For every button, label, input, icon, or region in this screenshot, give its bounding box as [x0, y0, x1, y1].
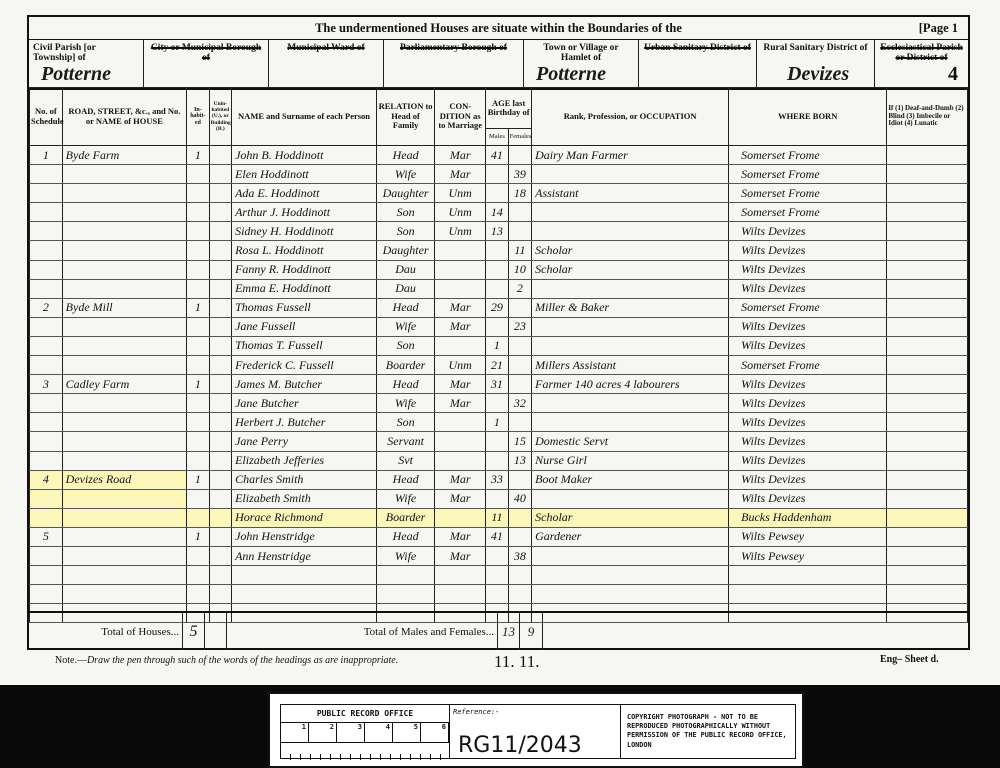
row-born: Wilts Devizes — [729, 241, 887, 260]
table-row: 2Byde Mill1Thomas FussellHeadMar29Miller… — [30, 298, 968, 317]
row-relation: Head — [377, 298, 435, 317]
row-born: Wilts Devizes — [729, 222, 887, 241]
row-condition — [435, 566, 486, 585]
row-occupation — [532, 317, 729, 336]
row-condition: Unm — [435, 203, 486, 222]
row-condition: Unm — [435, 356, 486, 375]
table-row: 4Devizes Road1Charles SmithHeadMar33Boot… — [30, 470, 968, 489]
row-born: Wilts Devizes — [729, 317, 887, 336]
row-male-age — [486, 489, 508, 508]
row-occupation: Scholar — [532, 241, 729, 260]
row-inhabited — [187, 222, 209, 241]
row-road — [62, 413, 187, 432]
table-row: Rosa L. HoddinottDaughter11ScholarWilts … — [30, 241, 968, 260]
row-occupation: Miller & Baker — [532, 298, 729, 317]
row-infirmity — [887, 298, 968, 317]
row-male-age: 11 — [486, 508, 508, 527]
row-schedule — [30, 279, 63, 298]
col-relation: RELATION to Head of Family — [377, 88, 435, 146]
row-female-age — [508, 585, 531, 604]
row-born: Somerset Frome — [729, 146, 887, 165]
totals-row: Total of Houses... 5 Total of Males and … — [29, 611, 968, 650]
row-road — [62, 184, 187, 203]
row-uninhabited — [209, 298, 231, 317]
row-female-age: 23 — [508, 317, 531, 336]
row-born: Somerset Frome — [729, 165, 887, 184]
row-schedule — [30, 508, 63, 527]
row-female-age: 11 — [508, 241, 531, 260]
row-uninhabited — [209, 356, 231, 375]
row-male-age: 13 — [486, 222, 508, 241]
row-born: Wilts Pewsey — [729, 546, 887, 565]
row-female-age — [508, 413, 531, 432]
row-road — [62, 165, 187, 184]
row-male-age: 41 — [486, 527, 508, 546]
row-relation: Boarder — [377, 508, 435, 527]
row-born: Somerset Frome — [729, 203, 887, 222]
row-infirmity — [887, 203, 968, 222]
row-condition: Mar — [435, 317, 486, 336]
row-road — [62, 203, 187, 222]
row-relation: Dau — [377, 260, 435, 279]
row-condition: Mar — [435, 527, 486, 546]
table-row — [30, 585, 968, 604]
row-male-age — [486, 585, 508, 604]
table-row: 1Byde Farm1John B. HoddinottHeadMar41Dai… — [30, 146, 968, 165]
row-relation: Head — [377, 470, 435, 489]
row-relation: Wife — [377, 165, 435, 184]
row-infirmity — [887, 165, 968, 184]
table-row: Jane ButcherWifeMar32Wilts Devizes — [30, 394, 968, 413]
row-name: Rosa L. Hoddinott — [232, 241, 377, 260]
reference-number: RG11/2043 — [458, 733, 582, 758]
row-uninhabited — [209, 375, 231, 394]
row-relation: Wife — [377, 489, 435, 508]
row-male-age: 21 — [486, 356, 508, 375]
row-name: Elen Hoddinott — [232, 165, 377, 184]
row-road: Devizes Road — [62, 470, 187, 489]
row-schedule — [30, 260, 63, 279]
row-relation: Dau — [377, 279, 435, 298]
table-row: Sidney H. HoddinottSonUnm13Wilts Devizes — [30, 222, 968, 241]
row-male-age — [486, 566, 508, 585]
col-males: Males — [486, 129, 508, 146]
table-row: Arthur J. HoddinottSonUnm14Somerset From… — [30, 203, 968, 222]
row-inhabited — [187, 203, 209, 222]
row-female-age: 13 — [508, 451, 531, 470]
public-record-office-box: PUBLIC RECORD OFFICE 1 2 3 4 5 6 — [280, 704, 450, 759]
row-uninhabited — [209, 203, 231, 222]
row-road — [62, 527, 187, 546]
row-relation: Wife — [377, 546, 435, 565]
row-name: Arthur J. Hoddinott — [232, 203, 377, 222]
table-row: Ann HenstridgeWifeMar38Wilts Pewsey — [30, 546, 968, 565]
col-condition: CON-DITION as to Marriage — [435, 88, 486, 146]
col-inhabited: In-habit-ed — [187, 88, 209, 146]
row-relation: Son — [377, 336, 435, 355]
row-born: Somerset Frome — [729, 298, 887, 317]
row-name: Herbert J. Butcher — [232, 413, 377, 432]
row-male-age — [486, 241, 508, 260]
row-born: Somerset Frome — [729, 184, 887, 203]
row-inhabited — [187, 432, 209, 451]
row-name: Ann Henstridge — [232, 546, 377, 565]
row-uninhabited — [209, 260, 231, 279]
row-male-age: 1 — [486, 413, 508, 432]
row-relation: Son — [377, 413, 435, 432]
village-value: Potterne — [536, 63, 606, 86]
row-inhabited — [187, 508, 209, 527]
record-office-stamp: PUBLIC RECORD OFFICE 1 2 3 4 5 6 Referen… — [268, 692, 804, 768]
civil-parish-field: Civil Parish [or Township] of Potterne — [29, 40, 144, 88]
row-infirmity — [887, 566, 968, 585]
row-infirmity — [887, 146, 968, 165]
row-road: Cadley Farm — [62, 375, 187, 394]
row-condition: Unm — [435, 222, 486, 241]
row-road — [62, 317, 187, 336]
row-name: Elizabeth Smith — [232, 489, 377, 508]
row-infirmity — [887, 260, 968, 279]
row-road — [62, 585, 187, 604]
row-schedule — [30, 394, 63, 413]
row-uninhabited — [209, 317, 231, 336]
row-name — [232, 585, 377, 604]
row-condition: Mar — [435, 146, 486, 165]
row-born — [729, 585, 887, 604]
row-occupation — [532, 585, 729, 604]
census-form: The undermentioned Houses are situate wi… — [27, 15, 970, 650]
row-inhabited — [187, 546, 209, 565]
row-born: Wilts Devizes — [729, 432, 887, 451]
row-schedule: 5 — [30, 527, 63, 546]
row-inhabited — [187, 489, 209, 508]
row-relation — [377, 566, 435, 585]
row-born: Wilts Devizes — [729, 451, 887, 470]
row-female-age — [508, 336, 531, 355]
row-uninhabited — [209, 470, 231, 489]
urban-sanitary-field: Urban Sanitary District of — [639, 40, 757, 88]
row-occupation: Scholar — [532, 508, 729, 527]
footnote: Note.—Draw the pen through such of the w… — [55, 655, 398, 666]
row-born: Wilts Devizes — [729, 470, 887, 489]
row-name: Jane Butcher — [232, 394, 377, 413]
col-infirmity: If (1) Deaf-and-Dumb (2) Blind (3) Imbec… — [887, 88, 968, 146]
row-name: Frederick C. Fussell — [232, 356, 377, 375]
row-infirmity — [887, 489, 968, 508]
row-occupation: Domestic Servt — [532, 432, 729, 451]
row-female-age: 32 — [508, 394, 531, 413]
row-male-age — [486, 432, 508, 451]
ruler-scale — [281, 743, 449, 760]
total-houses-label: Total of Houses... — [29, 613, 183, 650]
row-male-age — [486, 451, 508, 470]
row-occupation: Gardener — [532, 527, 729, 546]
row-occupation — [532, 489, 729, 508]
row-female-age — [508, 470, 531, 489]
municipal-ward-field: Municipal Ward of — [269, 40, 384, 88]
row-name: Elizabeth Jefferies — [232, 451, 377, 470]
row-inhabited — [187, 317, 209, 336]
row-infirmity — [887, 508, 968, 527]
row-schedule — [30, 432, 63, 451]
table-row: Horace RichmondBoarder11ScholarBucks Had… — [30, 508, 968, 527]
row-inhabited — [187, 356, 209, 375]
row-schedule — [30, 203, 63, 222]
row-male-age: 31 — [486, 375, 508, 394]
district-header: Civil Parish [or Township] of Potterne C… — [29, 39, 968, 90]
row-male-age — [486, 317, 508, 336]
sheet-code: Eng– Sheet d. — [880, 654, 939, 665]
row-male-age: 29 — [486, 298, 508, 317]
row-born — [729, 566, 887, 585]
row-condition — [435, 432, 486, 451]
row-inhabited — [187, 413, 209, 432]
row-occupation: Assistant — [532, 184, 729, 203]
row-road — [62, 566, 187, 585]
row-occupation: Scholar — [532, 260, 729, 279]
row-infirmity — [887, 279, 968, 298]
civil-parish-value: Potterne — [41, 63, 111, 86]
row-occupation: Dairy Man Farmer — [532, 146, 729, 165]
row-relation: Head — [377, 146, 435, 165]
row-condition — [435, 279, 486, 298]
row-relation — [377, 585, 435, 604]
row-female-age — [508, 356, 531, 375]
row-occupation — [532, 222, 729, 241]
row-road — [62, 336, 187, 355]
row-road — [62, 432, 187, 451]
row-name: Horace Richmond — [232, 508, 377, 527]
row-female-age: 39 — [508, 165, 531, 184]
row-born: Wilts Devizes — [729, 489, 887, 508]
row-infirmity — [887, 470, 968, 489]
row-female-age: 10 — [508, 260, 531, 279]
row-uninhabited — [209, 489, 231, 508]
row-male-age: 33 — [486, 470, 508, 489]
table-row: Thomas T. FussellSon1Wilts Devizes — [30, 336, 968, 355]
row-female-age — [508, 222, 531, 241]
row-condition — [435, 336, 486, 355]
row-condition: Mar — [435, 375, 486, 394]
row-road — [62, 394, 187, 413]
row-name: Thomas T. Fussell — [232, 336, 377, 355]
table-row: Frederick C. FussellBoarderUnm21Millers … — [30, 356, 968, 375]
row-infirmity — [887, 317, 968, 336]
row-condition: Mar — [435, 165, 486, 184]
row-road — [62, 489, 187, 508]
row-uninhabited — [209, 394, 231, 413]
col-born: WHERE BORN — [729, 88, 887, 146]
row-born: Wilts Devizes — [729, 260, 887, 279]
row-name: John Henstridge — [232, 527, 377, 546]
row-born: Wilts Devizes — [729, 279, 887, 298]
form-title: The undermentioned Houses are situate wi… — [29, 21, 968, 36]
row-uninhabited — [209, 184, 231, 203]
row-female-age: 18 — [508, 184, 531, 203]
total-persons-label: Total of Males and Females... — [227, 613, 498, 650]
row-infirmity — [887, 375, 968, 394]
total-females-value: 9 — [520, 613, 543, 650]
row-schedule: 1 — [30, 146, 63, 165]
row-inhabited — [187, 260, 209, 279]
row-relation: Servant — [377, 432, 435, 451]
row-schedule: 4 — [30, 470, 63, 489]
row-occupation: Nurse Girl — [532, 451, 729, 470]
row-occupation — [532, 279, 729, 298]
table-row: Herbert J. ButcherSon1Wilts Devizes — [30, 413, 968, 432]
row-schedule: 2 — [30, 298, 63, 317]
row-inhabited — [187, 336, 209, 355]
row-inhabited — [187, 451, 209, 470]
table-row: Fanny R. HoddinottDau10ScholarWilts Devi… — [30, 260, 968, 279]
table-row: Elizabeth JefferiesSvt13Nurse GirlWilts … — [30, 451, 968, 470]
page-number: [Page 1 — [919, 21, 958, 36]
row-inhabited — [187, 279, 209, 298]
row-name: John B. Hoddinott — [232, 146, 377, 165]
row-uninhabited — [209, 165, 231, 184]
col-age: AGE last Birthday of — [486, 88, 532, 129]
row-condition — [435, 451, 486, 470]
table-row: Jane FussellWifeMar23Wilts Devizes — [30, 317, 968, 336]
reference-box: Reference:- RG11/2043 — [450, 704, 620, 759]
row-inhabited: 1 — [187, 527, 209, 546]
row-name: Charles Smith — [232, 470, 377, 489]
row-female-age — [508, 566, 531, 585]
table-row: 51John HenstridgeHeadMar41GardenerWilts … — [30, 527, 968, 546]
row-schedule — [30, 451, 63, 470]
row-uninhabited — [209, 279, 231, 298]
table-row: Elen HoddinottWifeMar39Somerset Frome — [30, 165, 968, 184]
rural-sanitary-field: Rural Sanitary District of Devizes — [757, 40, 875, 88]
ruler-numbers: 1 2 3 4 5 6 — [281, 723, 449, 743]
row-condition: Unm — [435, 184, 486, 203]
row-uninhabited — [209, 336, 231, 355]
row-male-age — [486, 165, 508, 184]
municipal-borough-field: City or Municipal Borough of — [144, 40, 269, 88]
row-male-age: 41 — [486, 146, 508, 165]
row-infirmity — [887, 451, 968, 470]
tally-mark: 11. 11. — [494, 652, 540, 672]
ecclesiastical-parish-field: Ecclesiastical Parish or District of 4 — [875, 40, 968, 88]
row-schedule — [30, 241, 63, 260]
row-relation: Daughter — [377, 241, 435, 260]
row-condition — [435, 585, 486, 604]
row-infirmity — [887, 184, 968, 203]
row-road: Byde Farm — [62, 146, 187, 165]
row-female-age: 38 — [508, 546, 531, 565]
table-row: 3Cadley Farm1James M. ButcherHeadMar31Fa… — [30, 375, 968, 394]
row-female-age: 15 — [508, 432, 531, 451]
row-inhabited — [187, 566, 209, 585]
row-occupation — [532, 165, 729, 184]
row-female-age: 40 — [508, 489, 531, 508]
row-born: Wilts Pewsey — [729, 527, 887, 546]
row-schedule — [30, 222, 63, 241]
ecclesiastical-value: 4 — [948, 63, 958, 86]
row-name — [232, 566, 377, 585]
row-inhabited: 1 — [187, 146, 209, 165]
row-relation: Boarder — [377, 356, 435, 375]
row-schedule — [30, 489, 63, 508]
table-row: Emma E. HoddinottDau2Wilts Devizes — [30, 279, 968, 298]
row-male-age — [486, 260, 508, 279]
row-occupation — [532, 394, 729, 413]
row-uninhabited — [209, 432, 231, 451]
row-road — [62, 508, 187, 527]
row-condition: Mar — [435, 489, 486, 508]
row-male-age: 1 — [486, 336, 508, 355]
total-males-value: 13 — [498, 613, 520, 650]
row-born: Wilts Devizes — [729, 413, 887, 432]
row-schedule — [30, 165, 63, 184]
row-male-age — [486, 546, 508, 565]
row-infirmity — [887, 336, 968, 355]
row-condition — [435, 508, 486, 527]
row-inhabited — [187, 184, 209, 203]
row-uninhabited — [209, 546, 231, 565]
row-born: Wilts Devizes — [729, 394, 887, 413]
census-table: No. of Schedule ROAD, STREET, &c., and N… — [29, 87, 968, 623]
copyright-notice: COPYRIGHT PHOTOGRAPH - NOT TO BE REPRODU… — [620, 704, 796, 759]
row-name: Jane Fussell — [232, 317, 377, 336]
row-infirmity — [887, 432, 968, 451]
row-infirmity — [887, 585, 968, 604]
row-name: James M. Butcher — [232, 375, 377, 394]
row-male-age: 14 — [486, 203, 508, 222]
row-inhabited — [187, 394, 209, 413]
table-row: Jane PerryServant15Domestic ServtWilts D… — [30, 432, 968, 451]
row-inhabited — [187, 241, 209, 260]
row-schedule — [30, 585, 63, 604]
row-relation: Wife — [377, 317, 435, 336]
row-occupation: Farmer 140 acres 4 labourers — [532, 375, 729, 394]
row-inhabited — [187, 165, 209, 184]
col-schedule: No. of Schedule — [30, 88, 63, 146]
row-occupation: Boot Maker — [532, 470, 729, 489]
row-infirmity — [887, 527, 968, 546]
table-row: Elizabeth SmithWifeMar40Wilts Devizes — [30, 489, 968, 508]
row-condition — [435, 260, 486, 279]
total-houses-value: 5 — [183, 613, 205, 650]
row-uninhabited — [209, 413, 231, 432]
row-schedule — [30, 413, 63, 432]
row-road — [62, 451, 187, 470]
row-relation: Son — [377, 203, 435, 222]
row-road — [62, 241, 187, 260]
row-road: Byde Mill — [62, 298, 187, 317]
census-page: The undermentioned Houses are situate wi… — [0, 0, 1000, 685]
row-uninhabited — [209, 508, 231, 527]
row-male-age — [486, 184, 508, 203]
parliamentary-borough-field: Parliamentary Borough of — [384, 40, 524, 88]
row-uninhabited — [209, 451, 231, 470]
rural-sanitary-value: Devizes — [787, 63, 849, 86]
row-schedule — [30, 566, 63, 585]
row-relation: Daughter — [377, 184, 435, 203]
row-uninhabited — [209, 585, 231, 604]
col-road: ROAD, STREET, &c., and No. or NAME of HO… — [62, 88, 187, 146]
row-condition — [435, 413, 486, 432]
row-name: Sidney H. Hoddinott — [232, 222, 377, 241]
row-schedule: 3 — [30, 375, 63, 394]
col-females: Females — [508, 129, 531, 146]
row-uninhabited — [209, 566, 231, 585]
row-occupation — [532, 566, 729, 585]
row-female-age — [508, 527, 531, 546]
table-row — [30, 566, 968, 585]
row-female-age — [508, 508, 531, 527]
col-name: NAME and Surname of each Person — [232, 88, 377, 146]
